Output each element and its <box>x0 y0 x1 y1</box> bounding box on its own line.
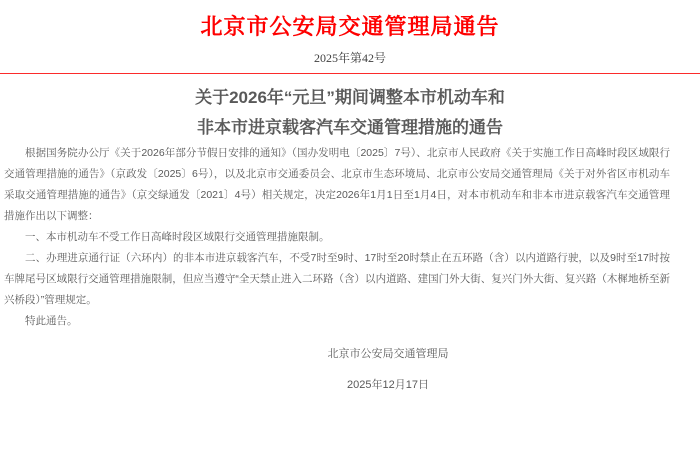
subtitle-line-2: 非本市进京载客汽车交通管理措施的通告 <box>0 113 700 143</box>
notice-document: 北京市公安局交通管理局通告 2025年第42号 关于2026年“元旦”期间调整本… <box>0 0 700 396</box>
notice-title: 北京市公安局交通管理局通告 <box>0 13 700 41</box>
item-1-paragraph: 一、本市机动车不受工作日高峰时段区域限行交通管理措施限制。 <box>4 227 670 248</box>
red-divider <box>0 73 700 74</box>
item-2-paragraph: 二、办理进京通行证（六环内）的非本市进京载客汽车，不受7时至9时、17时至20时… <box>4 248 670 311</box>
notice-body: 根据国务院办公厅《关于2026年部分节假日安排的通知》（国办发明电〔2025〕7… <box>0 143 700 332</box>
notice-subtitle: 关于2026年“元旦”期间调整本市机动车和 非本市进京载客汽车交通管理措施的通告 <box>0 83 700 143</box>
basis-paragraph: 根据国务院办公厅《关于2026年部分节假日安排的通知》（国办发明电〔2025〕7… <box>4 143 670 227</box>
doc-number: 2025年第42号 <box>0 50 700 66</box>
notice-date: 2025年12月17日 <box>38 375 700 396</box>
closing-paragraph: 特此通告。 <box>4 311 670 332</box>
subtitle-line-1: 关于2026年“元旦”期间调整本市机动车和 <box>0 83 700 113</box>
issuing-authority-signature: 北京市公安局交通管理局 <box>38 344 700 365</box>
signature-block: 北京市公安局交通管理局 2025年12月17日 <box>38 344 700 396</box>
